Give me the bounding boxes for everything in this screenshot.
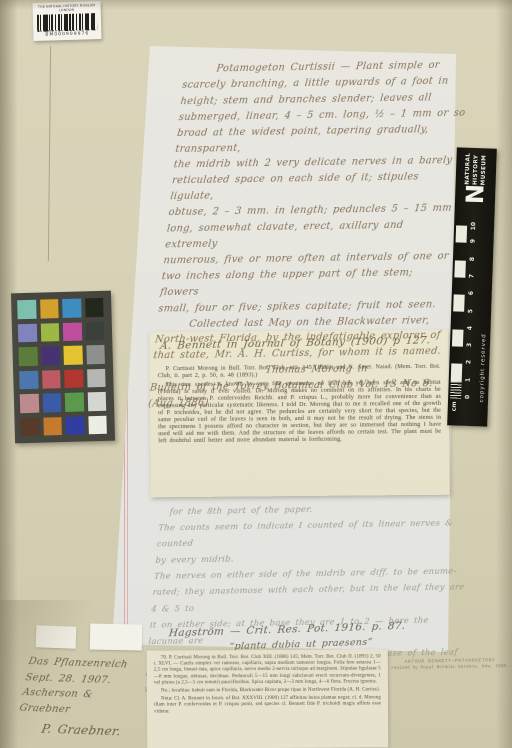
- color-checker-card: [11, 291, 115, 444]
- ruler-tick-label: 3: [466, 343, 473, 347]
- color-swatch: [65, 392, 84, 411]
- color-swatch: [87, 392, 106, 411]
- ruler-tick-label: 4: [467, 326, 474, 330]
- color-swatch: [63, 322, 82, 341]
- color-checker-row: [20, 415, 108, 436]
- color-swatch: [85, 321, 104, 340]
- ruler-segment: [454, 260, 466, 278]
- ruler-segment: [455, 243, 467, 261]
- ruler-tick-label: 1: [465, 377, 472, 381]
- barcode-number: BM000909976: [36, 31, 98, 38]
- ruler-tick-label: 0: [464, 395, 471, 399]
- nhm-ruler: NATURALHISTORYMUSEUM N 109876543210 copy…: [447, 147, 497, 426]
- manuscript-text: Potamogeton Curtissii — Plant simple ors…: [147, 57, 476, 412]
- ruler-segment: [453, 295, 465, 313]
- ruler-segment: [450, 381, 462, 399]
- color-checker-row: [18, 321, 106, 342]
- color-swatch: [20, 417, 39, 436]
- color-swatch: [20, 394, 39, 413]
- handwritten-line: broad at the widest point, tapering grad…: [175, 121, 470, 157]
- scan-edge-shadow-top: [0, 0, 512, 10]
- color-swatch: [40, 299, 59, 318]
- color-checker-row: [19, 368, 107, 389]
- latin-paragraph: 70. P. Curtissii Morong in Bull. Torr. B…: [154, 654, 381, 686]
- ruler-tick-label: 6: [468, 291, 475, 295]
- ruler-tick-label: 8: [469, 256, 476, 260]
- mount-fold-shadow: [0, 600, 110, 748]
- mount-crease-line: [48, 46, 51, 261]
- herbarium-scan: Potamogeton Curtissii — Plant simple ors…: [0, 0, 512, 748]
- ruler-segment: [451, 346, 463, 364]
- handwritten-line: reticulated space on each side of it; st…: [169, 169, 464, 205]
- ruler-segment: [452, 329, 464, 347]
- color-checker-row: [20, 392, 108, 413]
- color-swatch: [43, 417, 62, 436]
- color-swatch: [87, 368, 106, 387]
- color-swatch: [42, 393, 61, 412]
- color-checker-row: [17, 298, 105, 319]
- ruler-segment: [454, 277, 466, 295]
- printed-paragraph: P. Curtissii Morong in Bull. Torr. Bot. …: [158, 364, 441, 381]
- ruler-tick-label: 2: [465, 360, 472, 364]
- color-checker-grid: [17, 298, 109, 436]
- color-swatch: [18, 323, 37, 342]
- kew-stamp-subtitle: revised by Royal Botanic Gardens, Kew, 1…: [391, 664, 509, 672]
- color-swatch: [17, 300, 36, 319]
- ruler-tick-label: 9: [470, 239, 477, 243]
- ruler-unit-label: cm: [451, 401, 458, 411]
- clipping-text: P. Curtissii Morong in Bull. Torr. Bot. …: [158, 364, 442, 447]
- nhm-logo-word: MUSEUM: [480, 153, 489, 185]
- barcode: [37, 13, 97, 32]
- ruler-tick-label: 7: [468, 274, 475, 278]
- handwritten-line: two inches along the upper part of the s…: [159, 265, 454, 301]
- color-swatch: [63, 345, 82, 364]
- ruler-segment: [456, 225, 468, 243]
- latin-paragraph: No.; localitas: habuit eam in Florida, B…: [154, 687, 381, 694]
- ruler-segment: [453, 312, 465, 330]
- color-swatch: [88, 415, 107, 434]
- color-swatch: [64, 369, 83, 388]
- color-swatch: [62, 298, 81, 317]
- color-checker-row: [18, 345, 106, 366]
- color-swatch: [19, 370, 38, 389]
- handwritten-line: long, somewhat clavate, erect, axillary …: [164, 217, 459, 253]
- ruler-segment: [451, 364, 463, 382]
- color-swatch: [18, 347, 37, 366]
- color-swatch: [41, 346, 60, 365]
- kew-stamp: ARTHUR BENNETT—POTAMOGETONS revised by R…: [391, 657, 509, 672]
- nhm-logo-text: NATURALHISTORYMUSEUM: [464, 153, 489, 186]
- color-swatch: [65, 416, 84, 435]
- color-swatch: [85, 298, 104, 317]
- latin-description-label: 70. P. Curtissii Morong in Bull. Torr. B…: [147, 649, 389, 748]
- latin-paragraph: Nota: Cl. A. Bennett in Journ. of Bot. X…: [154, 696, 381, 716]
- sheet-margin-rule: [124, 276, 128, 642]
- printed-paragraph: This rare species is known by very few s…: [158, 379, 442, 445]
- nhm-logo-icon: N: [461, 184, 490, 205]
- ruler-tick-label: 10: [470, 222, 477, 231]
- color-swatch: [40, 323, 59, 342]
- ruler-tick-label: 5: [467, 308, 474, 312]
- color-swatch: [42, 370, 61, 389]
- scan-edge-shadow-right: [496, 0, 512, 748]
- color-swatch: [86, 345, 105, 364]
